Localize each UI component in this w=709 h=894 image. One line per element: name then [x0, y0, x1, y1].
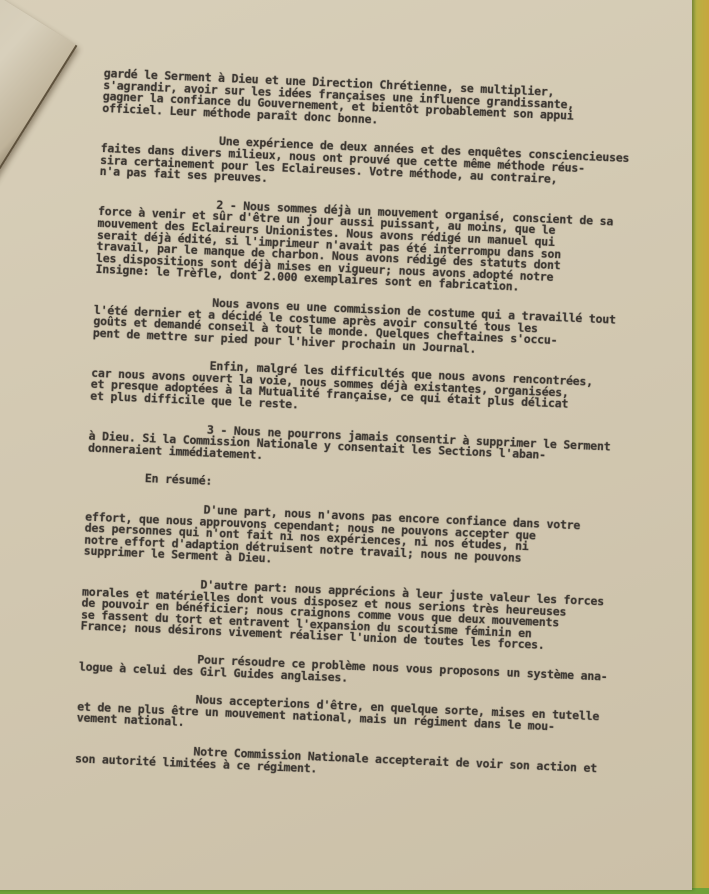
- paragraph-section-3: 3 - Nous ne pourrons jamais consentir à …: [88, 419, 669, 478]
- paragraph-costume: Nous avons eu une commission de costume …: [93, 293, 674, 364]
- paragraph-commission: Notre Commission Nationale accepterait d…: [75, 741, 655, 788]
- typewritten-text: gardé le Serment à Dieu et une Direction…: [74, 68, 683, 806]
- paragraph-dautre-part: D'autre part: nous apprécions à leur jus…: [80, 575, 662, 657]
- paragraph-tutelle: Nous accepterions d'être, en quelque sor…: [76, 690, 657, 749]
- paragraph-section-2: 2 - Nous sommes déjà un mouvement organi…: [95, 195, 678, 300]
- text-line: En résumé:: [87, 471, 667, 507]
- paragraph-2: Une expérience de deux années et des enq…: [99, 131, 680, 202]
- paragraph-proposition: Pour résoudre ce problème nous vous prop…: [79, 649, 659, 696]
- paragraph-enfin: Enfin, malgré les difficultés que nous a…: [90, 356, 671, 427]
- paragraph-dune-part: D'une part, nous n'avons pas encore conf…: [83, 500, 665, 582]
- heading-en-resume: En résumé:: [87, 471, 667, 507]
